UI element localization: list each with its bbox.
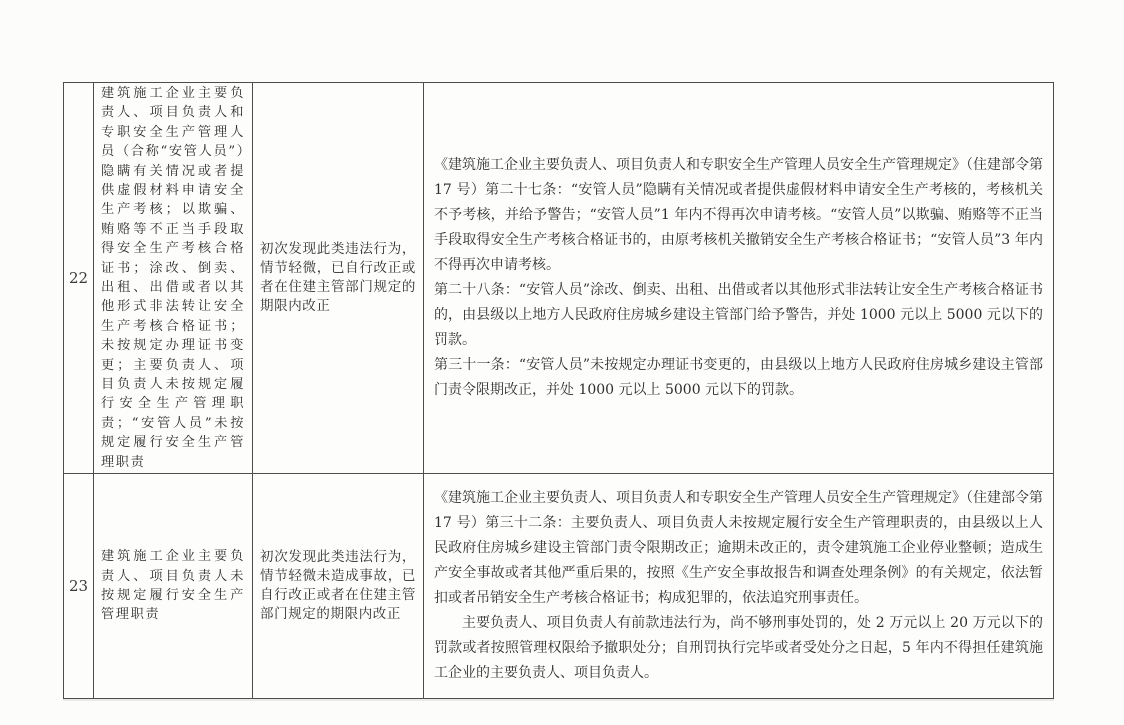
row-number: 23 — [64, 474, 94, 699]
document-page: 22 建筑施工企业主要负责人、项目负责人和专职安全生产管理人员（合称“安管人员”… — [0, 0, 1124, 725]
legal-basis-cell: 《建筑施工企业主要负责人、项目负责人和专职安全生产管理人员安全生产管理规定》（住… — [424, 83, 1054, 474]
legal-basis-text: 《建筑施工企业主要负责人、项目负责人和专职安全生产管理人员安全生产管理规定》（住… — [424, 486, 1053, 686]
violation-text: 建筑施工企业主要负责人、项目负责人和专职安全生产管理人员（合称“安管人员”）隐瞒… — [94, 83, 252, 474]
legal-basis-text: 《建筑施工企业主要负责人、项目负责人和专职安全生产管理人员安全生产管理规定》（住… — [424, 153, 1053, 403]
violation-text: 建筑施工企业主要负责人、项目负责人未按规定履行安全生产管理职责 — [94, 545, 252, 627]
violation-cell: 建筑施工企业主要负责人、项目负责人和专职安全生产管理人员（合称“安管人员”）隐瞒… — [94, 83, 253, 474]
condition-text: 初次发现此类违法行为，情节轻微，已自行改正或者在住建主管部门规定的期限内改正 — [253, 240, 423, 317]
row-number: 22 — [64, 83, 94, 474]
legal-basis-cell: 《建筑施工企业主要负责人、项目负责人和专职安全生产管理人员安全生产管理规定》（住… — [424, 474, 1054, 699]
legal-basis-paragraph: 第二十八条：“安管人员”涂改、倒卖、出租、出借或者以其他形式非法转让安全生产考核… — [434, 278, 1043, 353]
row-number-label: 22 — [69, 269, 88, 287]
condition-cell: 初次发现此类违法行为，情节轻微未造成事故，已自行改正或者在住建主管部门规定的期限… — [253, 474, 424, 699]
violation-cell: 建筑施工企业主要负责人、项目负责人未按规定履行安全生产管理职责 — [94, 474, 253, 699]
legal-basis-paragraph: 主要负责人、项目负责人有前款违法行为，尚不够刑事处罚的，处 2 万元以上 20 … — [434, 611, 1043, 686]
condition-cell: 初次发现此类违法行为，情节轻微，已自行改正或者在住建主管部门规定的期限内改正 — [253, 83, 424, 474]
legal-basis-paragraph: 第三十一条：“安管人员”未按规定办理证书变更的，由县级以上地方人民政府住房城乡建… — [434, 353, 1043, 403]
condition-text: 初次发现此类违法行为，情节轻微未造成事故，已自行改正或者在住建主管部门规定的期限… — [253, 548, 423, 625]
legal-basis-paragraph: 《建筑施工企业主要负责人、项目负责人和专职安全生产管理人员安全生产管理规定》（住… — [434, 153, 1043, 278]
regulation-table: 22 建筑施工企业主要负责人、项目负责人和专职安全生产管理人员（合称“安管人员”… — [63, 82, 1054, 699]
row-number-label: 23 — [69, 577, 88, 595]
legal-basis-paragraph: 《建筑施工企业主要负责人、项目负责人和专职安全生产管理人员安全生产管理规定》（住… — [434, 486, 1043, 611]
